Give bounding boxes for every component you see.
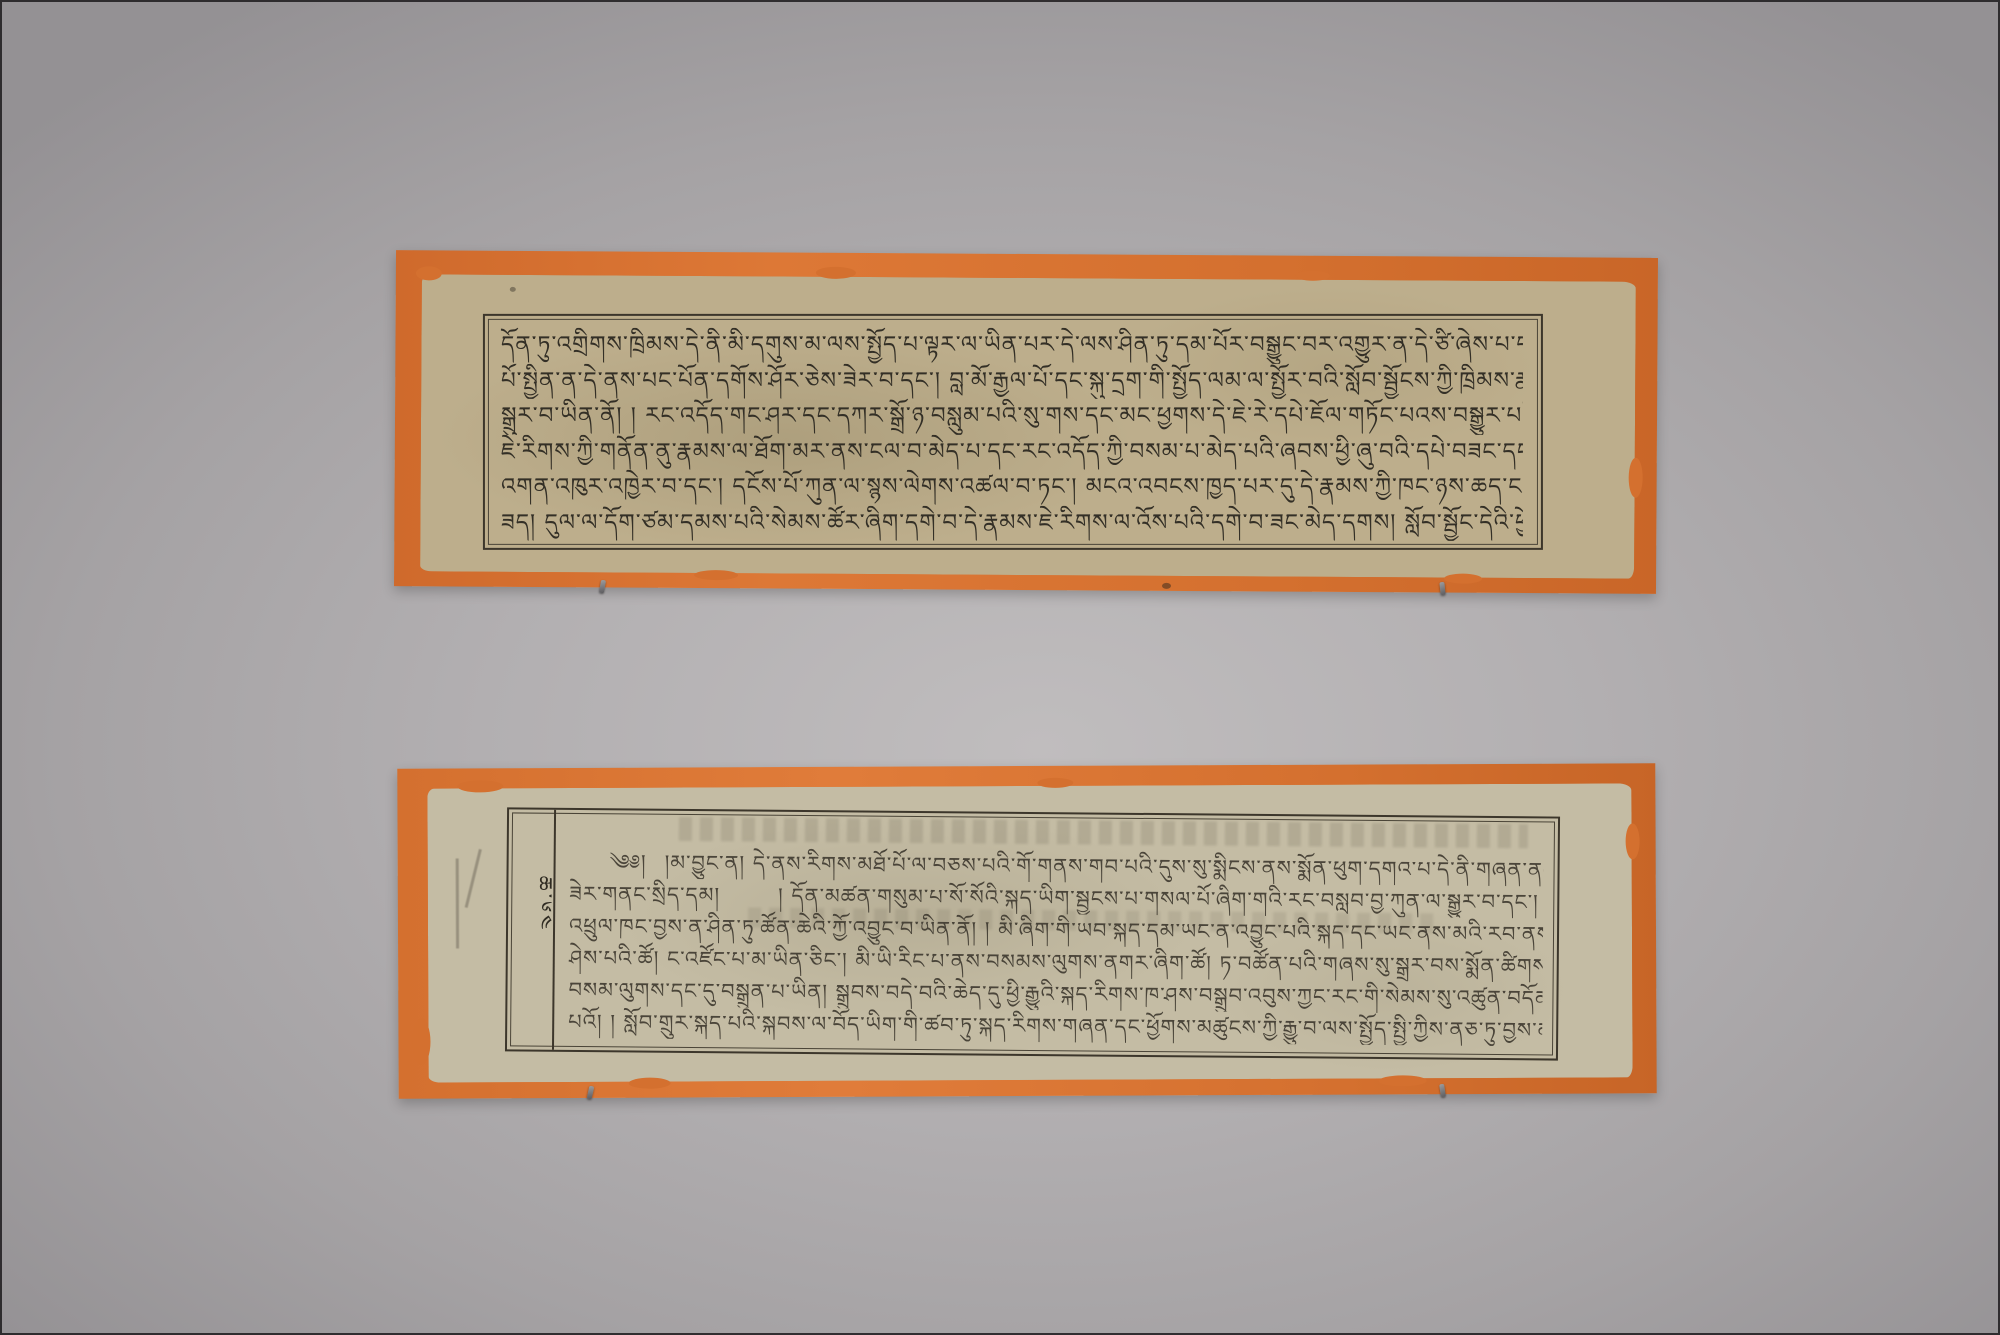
deckled-edge — [412, 1019, 430, 1065]
deckled-edge — [629, 1078, 671, 1089]
photo-backdrop: དོན་ཏུ་འགྲིགས་ཁྲིམས་དེ་ནི་མི་དགུས་མ་ལས་ས… — [0, 0, 2000, 1335]
deckled-edge — [1444, 574, 1482, 584]
deckled-edge — [1296, 271, 1330, 281]
line-gap — [720, 902, 778, 903]
yig-mgo-mark: ༄༅། — [610, 850, 647, 874]
paper-top-leaf: དོན་ཏུ་འགྲིགས་ཁྲིམས་དེ་ནི་མི་དགུས་མ་ལས་ས… — [420, 274, 1636, 578]
show-through-mark — [456, 858, 459, 948]
printed-frame-top: དོན་ཏུ་འགྲིགས་ཁྲིམས་དེ་ནི་མི་དགུས་མ་ལས་ས… — [483, 314, 1543, 550]
manuscript-leaf-bottom: ཆ་༦༤ ༄༅།།མ་བྱུང་ན། དེ་ནས་རིགས་མཐོ་པོ་ལ་བ… — [397, 763, 1656, 1098]
deckled-edge — [416, 266, 442, 280]
deckled-edge — [694, 570, 738, 580]
show-through-mark — [465, 849, 482, 908]
deckled-edge — [816, 267, 856, 279]
deckled-edge — [1626, 823, 1640, 859]
text-block-top: དོན་ཏུ་འགྲིགས་ཁྲིམས་དེ་ནི་མི་དགུས་མ་ལས་ས… — [485, 316, 1541, 548]
text-block-bottom: ༄༅།།མ་བྱུང་ན། དེ་ནས་རིགས་མཐོ་པོ་ལ་བཅས་པའ… — [554, 810, 1558, 1059]
tibetan-text-line: དོན་ཏུ་འགྲིགས་ཁྲིམས་དེ་ནི་མི་དགུས་མ་ལས་ས… — [501, 328, 1523, 364]
ink-speck — [1162, 583, 1171, 589]
folio-margin-column: ཆ་༦༤ — [507, 809, 556, 1049]
mounting-pin — [599, 580, 606, 594]
tibetan-text-line: སྒྲུར་བ་ཡིན་ནོ། ། རང་འདོད་གང་ཤར་དང་དཀར་ས… — [501, 399, 1523, 435]
deckled-edge — [1379, 1075, 1427, 1086]
tibetan-text-line: འགན་འཁུར་འཁྱེར་བ་དང་། དངོས་པོ་ཀུན་ལ་སྙས་… — [501, 470, 1523, 506]
tibetan-text-line: ཇེ་རིགས་ཀྱི་གནོན་ནུ་རྣམས་ལ་ཐོག་མར་ནས་ངལ་… — [501, 434, 1523, 470]
tibetan-text: ། དོན་མཚན་གསུམ་པ་སོ་སོའི་སྐད་ཡིག་སྦྱངས་པ… — [778, 884, 1544, 916]
deckled-edge — [1629, 458, 1643, 498]
ink-speck — [510, 287, 516, 292]
manuscript-leaf-top: དོན་ཏུ་འགྲིགས་ཁྲིམས་དེ་ནི་མི་དགུས་མ་ལས་ས… — [394, 250, 1658, 594]
tibetan-text-line: ཟད། དུལ་ལ་དོག་ཙམ་དམས་པའི་སེམས་ཚོར་ཞིག་དག… — [501, 505, 1523, 541]
paper-bottom-leaf: ཆ་༦༤ ༄༅།།མ་བྱུང་ན། དེ་ནས་རིགས་མཐོ་པོ་ལ་བ… — [427, 783, 1632, 1082]
tibetan-text-line: པོ་སྤྱིན་ན་དེ་ནས་པང་པོན་དགོས་ཤོར་ཅེས་ཟེར… — [501, 363, 1523, 399]
printed-frame-bottom: ཆ་༦༤ ༄༅།།མ་བྱུང་ན། དེ་ནས་རིགས་མཐོ་པོ་ལ་བ… — [505, 807, 1560, 1060]
tibetan-text: ཟེར་གནང་སྲིད་དམ། — [569, 882, 720, 907]
